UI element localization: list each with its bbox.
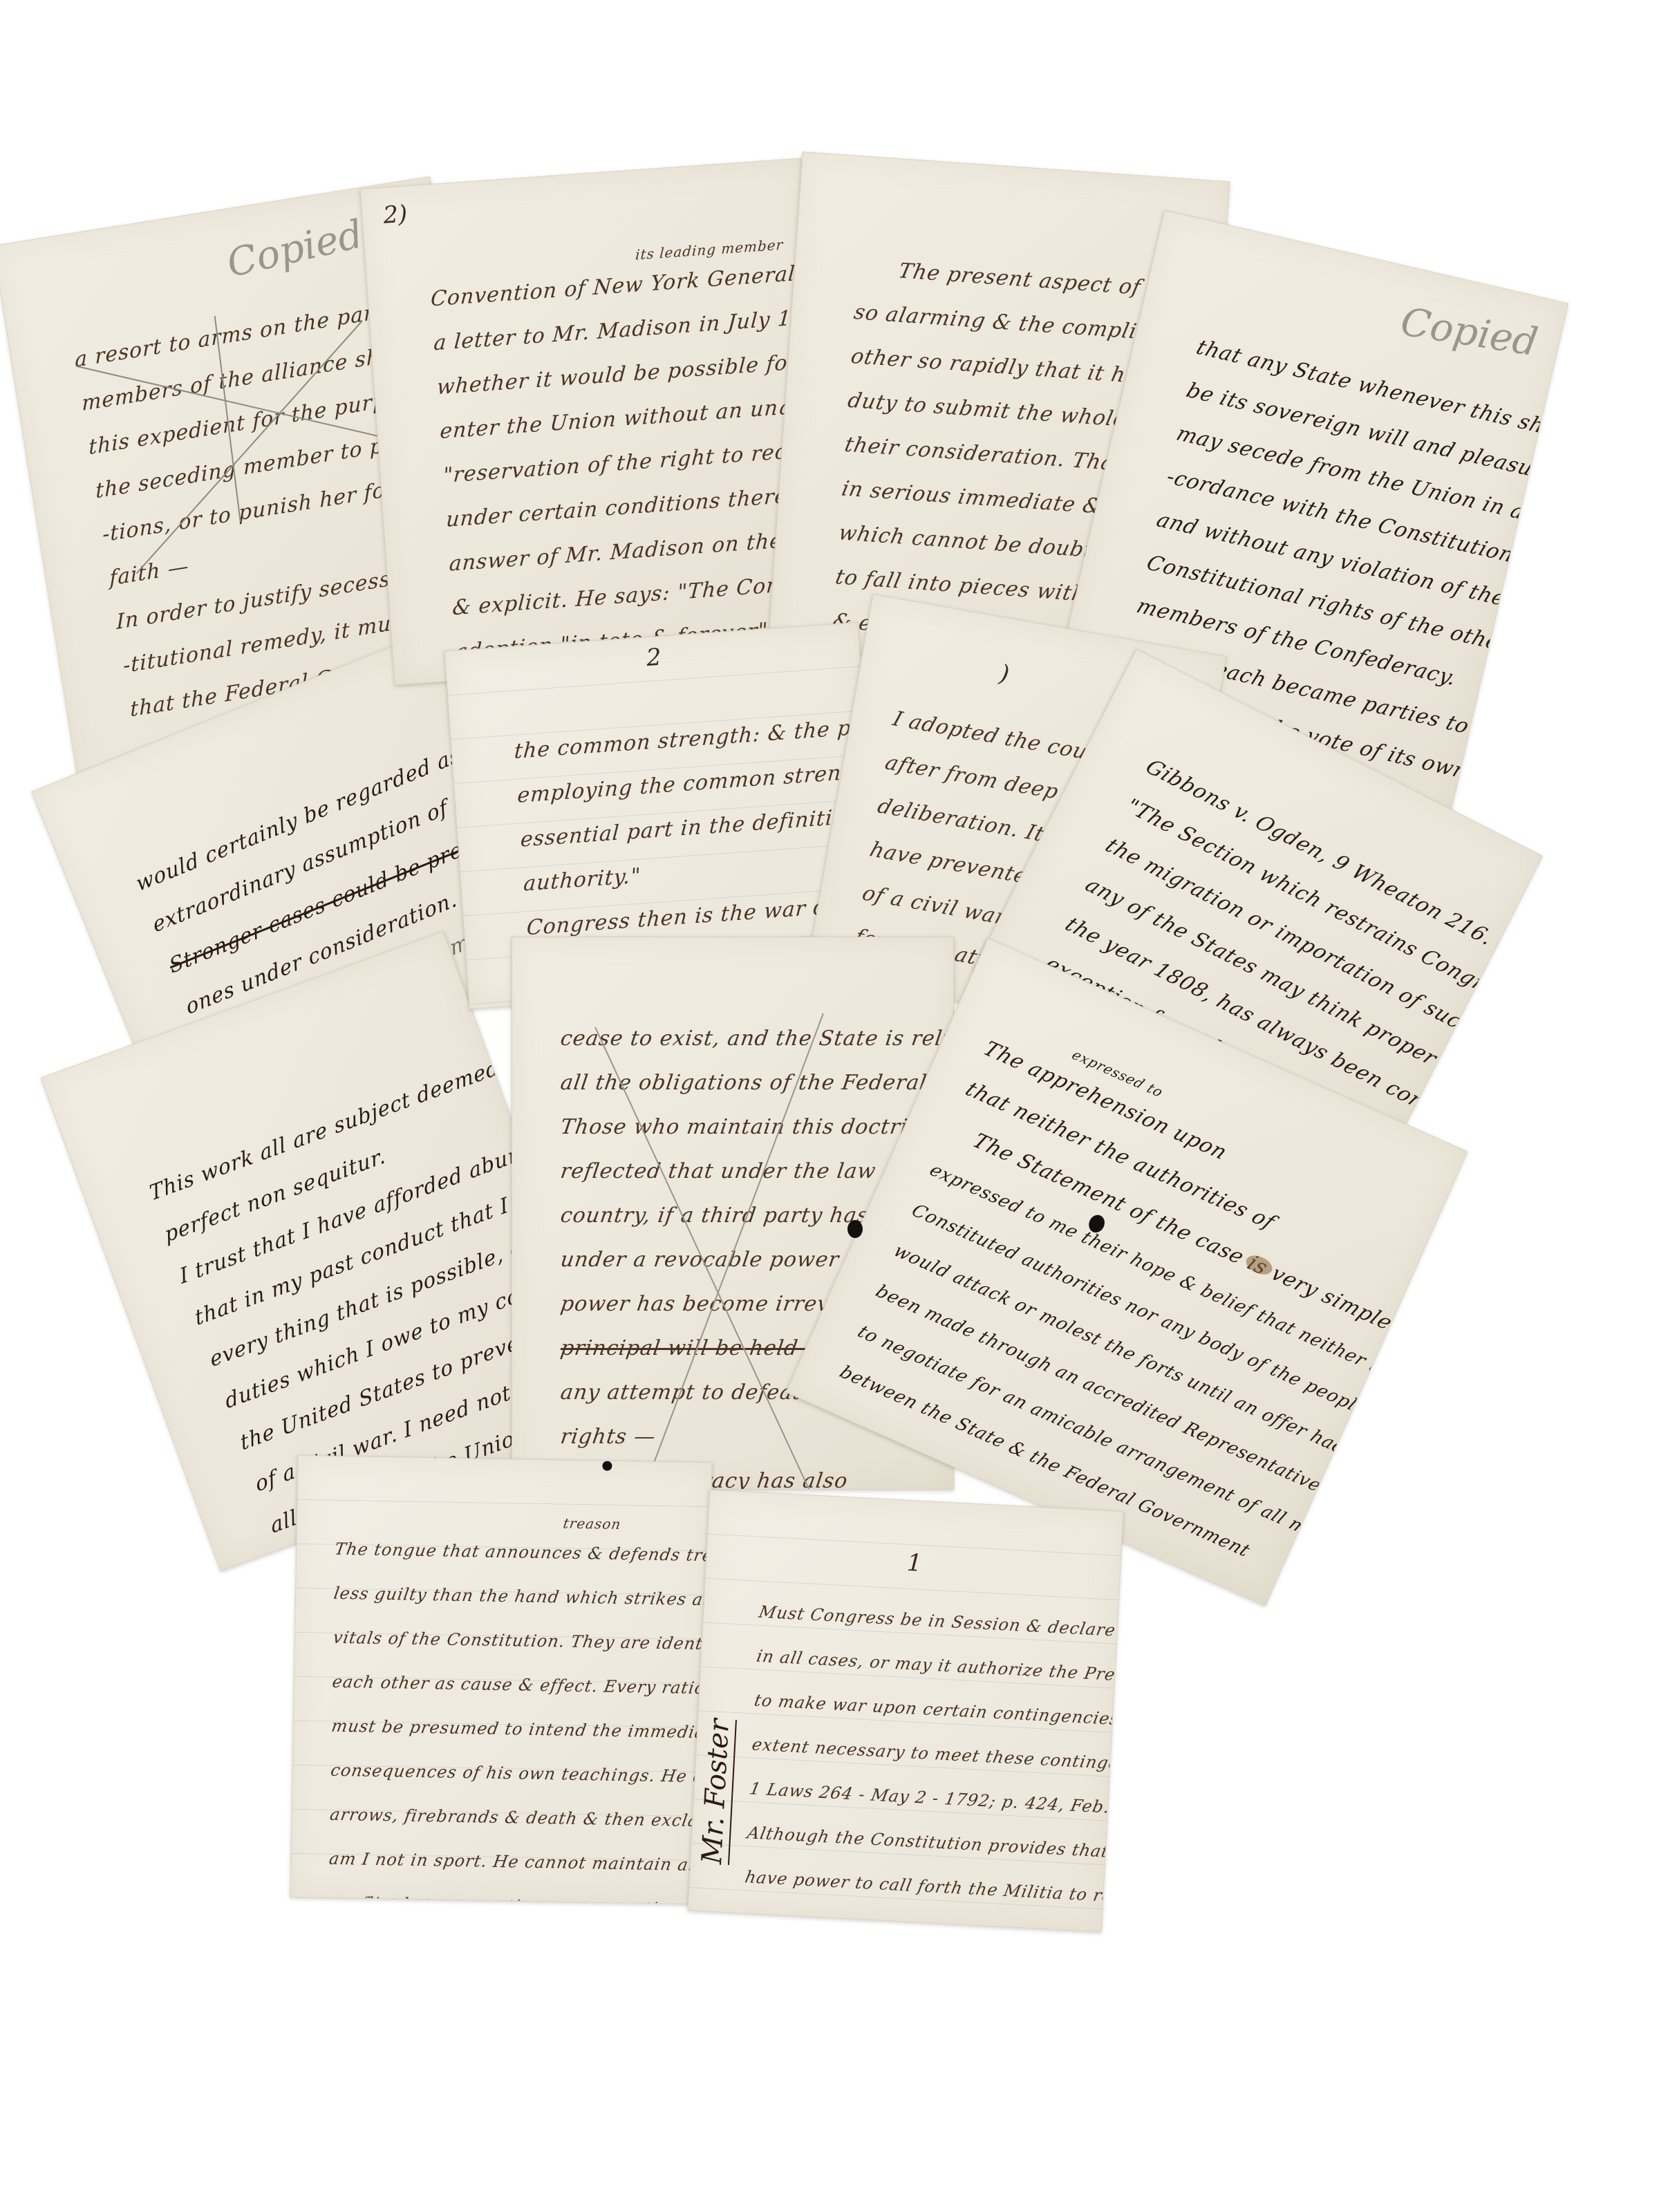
text-line: all the obligations of the Federal Const… [558, 1061, 908, 1105]
author-signature: Mr. Foster [696, 1718, 737, 1865]
copied-pencil-mark: Copied [223, 212, 367, 286]
insertion-note: treason [562, 1516, 663, 1533]
text-line: am I not in sport. He cannot maintain an… [326, 1837, 659, 1886]
text-line: cease to exist, and the State is relieve… [558, 1017, 908, 1061]
manuscript-page-13: 1 Mr. Foster Must Congress be in Session… [687, 1490, 1123, 1933]
text-line: vitals of the Constitution. They are ide… [330, 1615, 664, 1665]
text-line: The tongue that announces & defends trea… [331, 1527, 665, 1577]
page-number: 1 [906, 1549, 923, 1577]
text-line: each other as cause & effect. Every rati… [329, 1660, 663, 1709]
text-line: arrows, firebrands & death & then exclai… [327, 1792, 661, 1842]
copied-pencil-mark: Copied [1398, 299, 1541, 365]
ink-blot [602, 1461, 612, 1471]
text-line: reflected that under the law of every ci… [558, 1150, 908, 1194]
text-line: Those who maintain this doctrine, have n… [558, 1105, 908, 1150]
manuscript-page-2: 2) its leading member Convention of New … [360, 158, 836, 686]
text-line: less guilty than the hand which strikes … [330, 1571, 664, 1621]
text-line: consequences of his own teachings. He ca… [328, 1748, 662, 1798]
ink-blot [847, 1220, 863, 1238]
text-line: must be presumed to intend the immediate… [328, 1704, 662, 1754]
manuscript-pile: Copied a resort to arms on the part of t… [0, 0, 1659, 2212]
page-number: ) [997, 659, 1011, 688]
manuscript-page-12: treason The tongue that announces & defe… [290, 1455, 712, 1904]
page-number: 2) [382, 200, 409, 229]
page-number: 2 [646, 644, 662, 672]
